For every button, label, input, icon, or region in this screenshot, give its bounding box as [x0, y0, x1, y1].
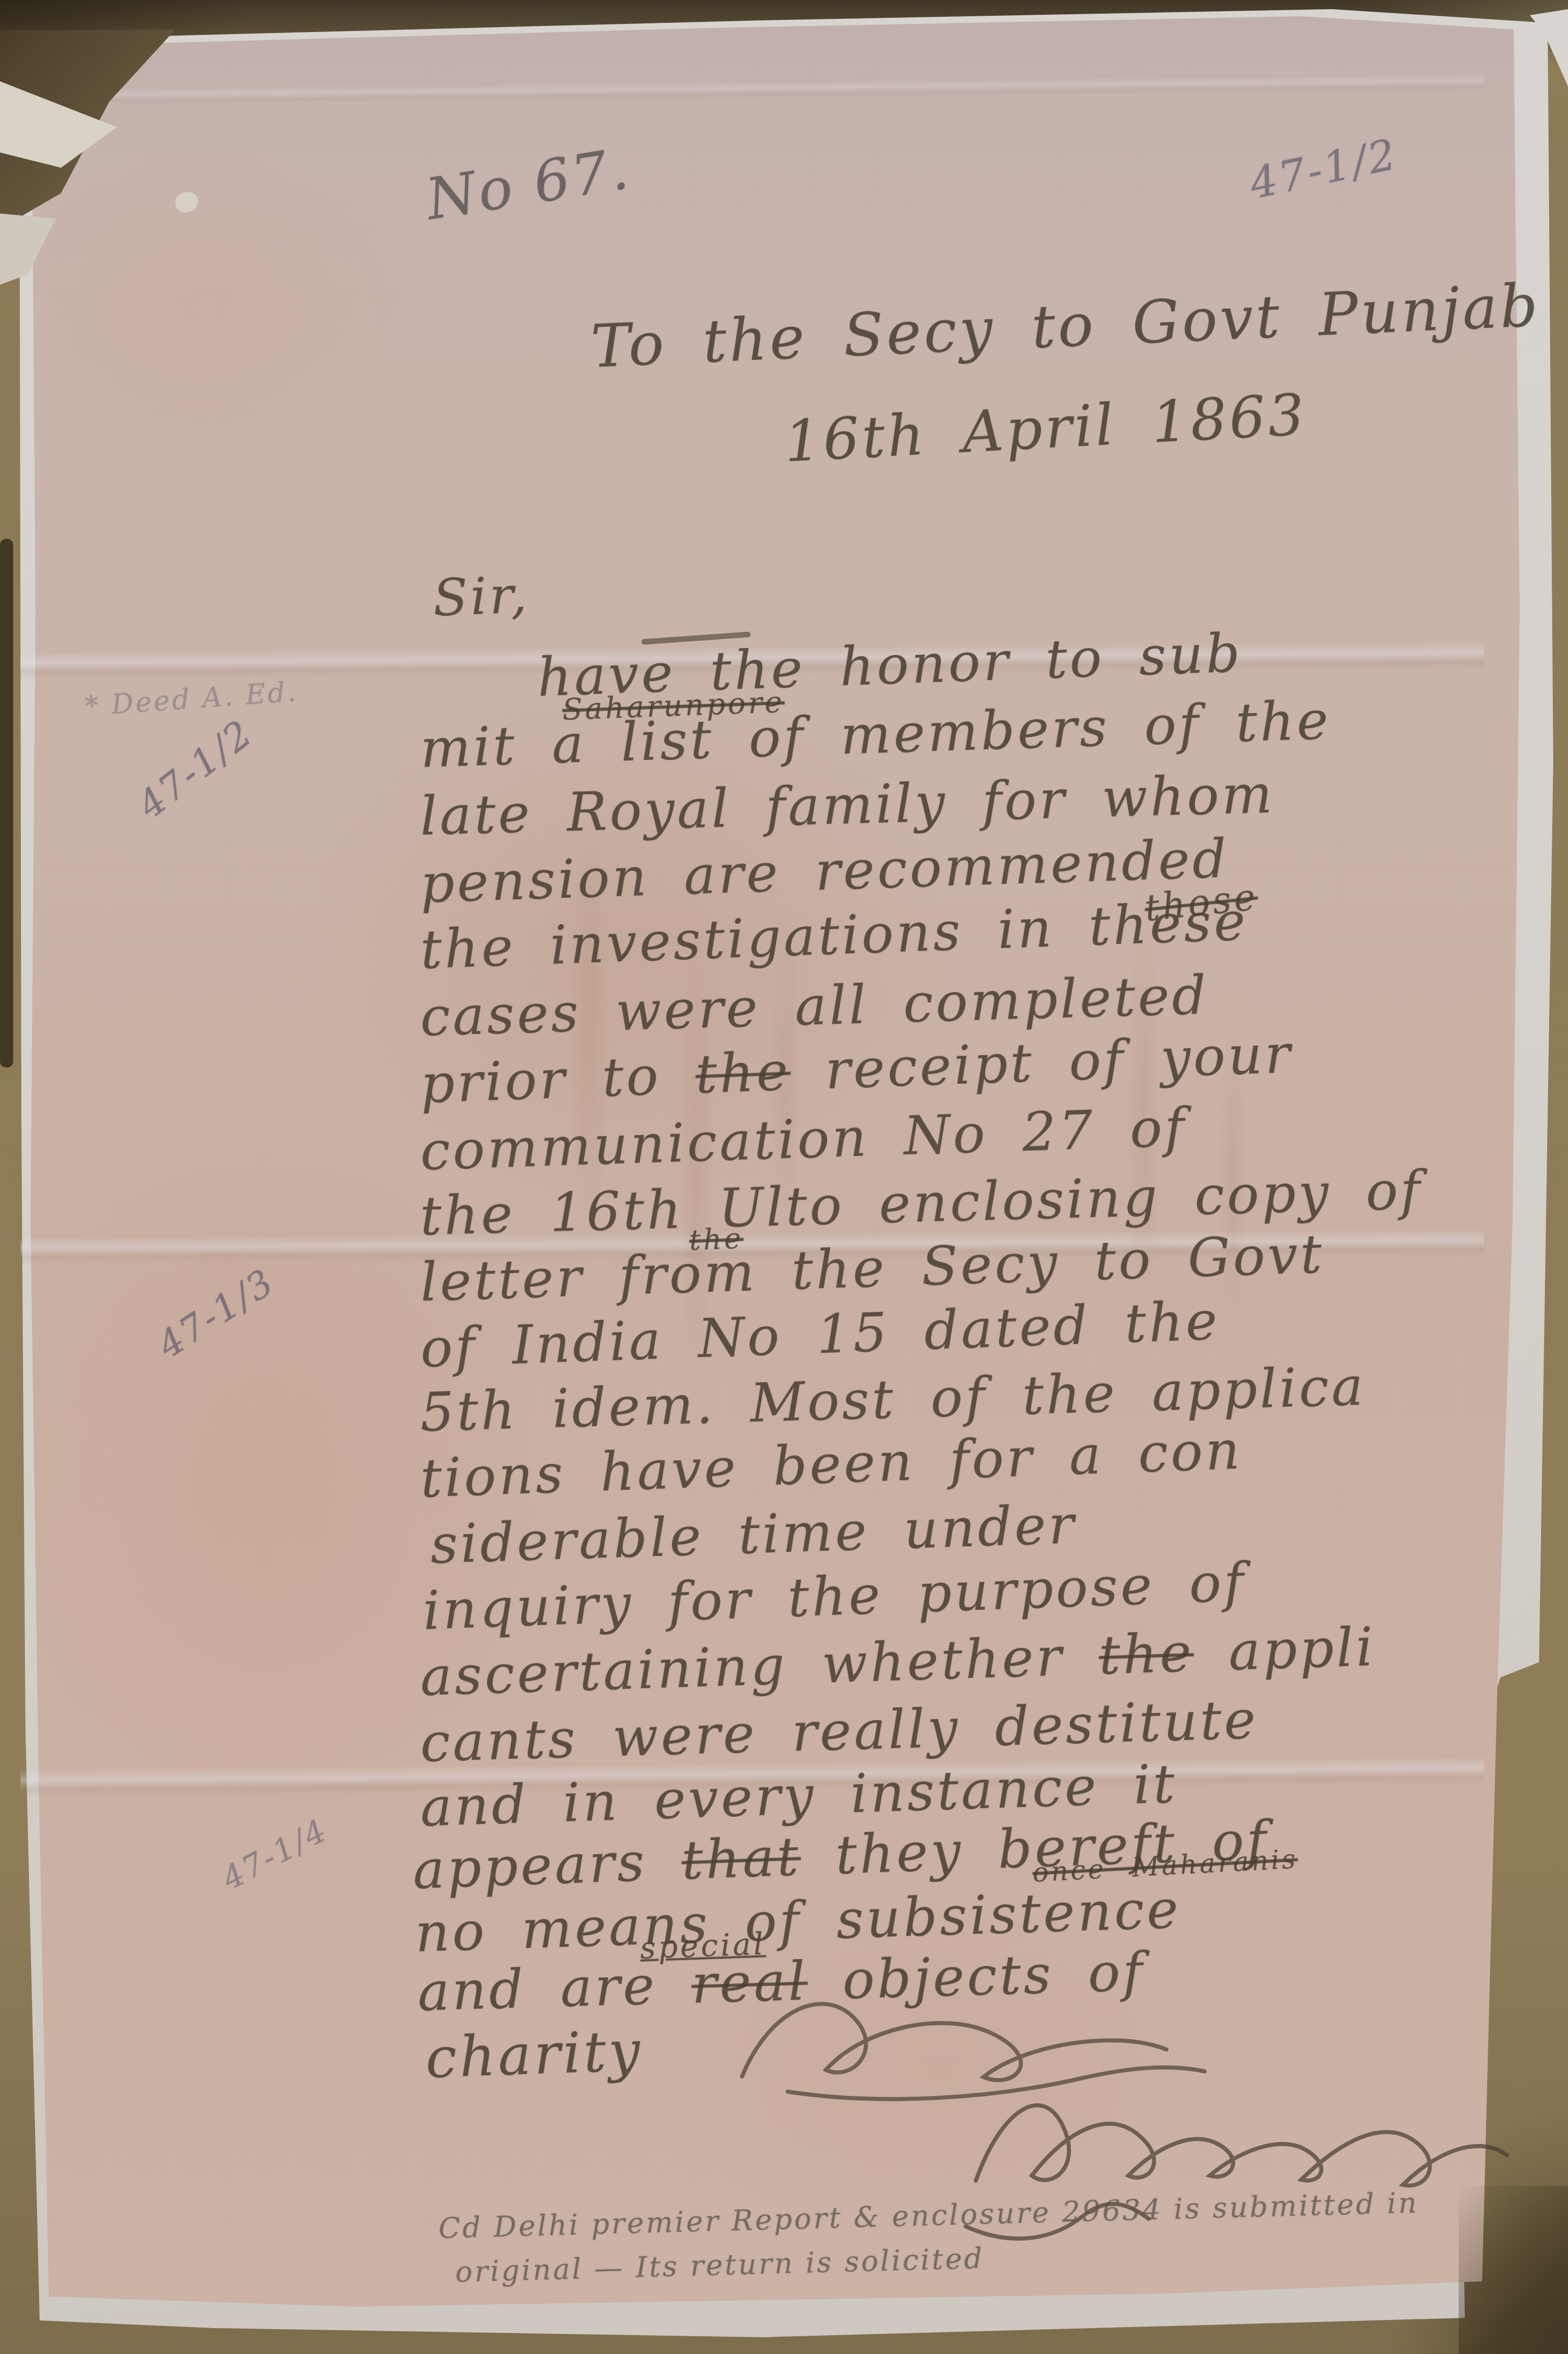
line-text: charity	[424, 2018, 643, 2091]
photograph-of-letter: No 67. 47-1/2 * Deed A. Ed. 47-1/2 47-1/…	[0, 0, 1568, 2354]
board-shadow-left-edge	[0, 539, 13, 1067]
line-text: appli	[1193, 1616, 1376, 1684]
struck-word: the	[694, 1041, 791, 1106]
struck-word: that	[681, 1825, 802, 1891]
salutation: Sir,	[432, 565, 530, 628]
body-line: charity	[424, 2018, 643, 2091]
line-text: appears	[412, 1830, 683, 1901]
struck-word: the	[1098, 1622, 1195, 1687]
line-text: prior to	[419, 1044, 696, 1115]
line-text: and are	[417, 1953, 692, 2023]
